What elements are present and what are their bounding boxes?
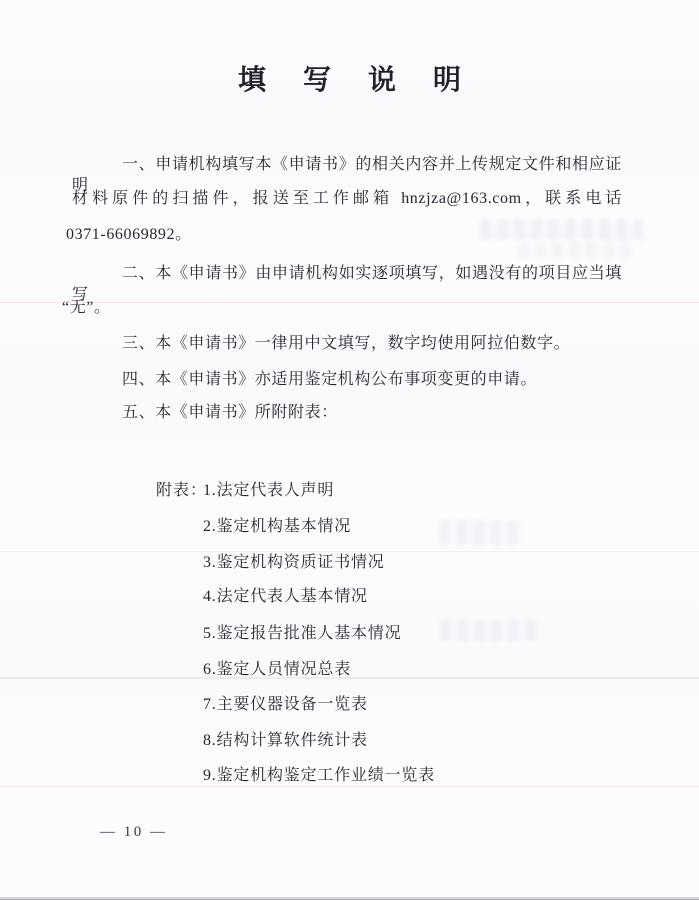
paragraph-4: 四、本《申请书》亦适用鉴定机构公布事项变更的申请。 [72, 369, 622, 390]
scan-artifact-line [0, 786, 699, 787]
appendix-item-8: 8.结构计算软件统计表 [203, 727, 368, 750]
bleedthrough-mark [518, 243, 630, 258]
paragraph-1-line-2: 材料原件的扫描件，报送至工作邮箱 hnzjza@163.com，联系电话 [72, 188, 622, 209]
appendix-item-5: 5.鉴定报告批准人基本情况 [203, 620, 401, 643]
bleedthrough-mark [440, 620, 538, 641]
page-title: 填 写 说 明 [0, 58, 699, 98]
appendix-item-1: 1.法定代表人声明 [203, 477, 334, 500]
appendix-item-6: 6.鉴定人员情况总表 [203, 656, 351, 679]
bleedthrough-mark [439, 520, 523, 545]
paragraph-1-line-3: 0371-66069892。 [66, 224, 616, 245]
appendix-item-7: 7.主要仪器设备一览表 [203, 691, 368, 714]
paragraph-3: 三、本《申请书》一律用中文填写，数字均使用阿拉伯数字。 [72, 333, 622, 354]
appendix-label: 附表： [156, 477, 207, 500]
page-number: — 10 — [100, 824, 168, 841]
paragraph-5: 五、本《申请书》所附附表： [72, 402, 622, 423]
appendix-item-4: 4.法定代表人基本情况 [203, 583, 368, 606]
paragraph-2-line-2: “无”。 [62, 297, 612, 318]
scanned-document-page: 填 写 说 明 一、申请机构填写本《申请书》的相关内容并上传规定文件和相应证明 … [0, 0, 699, 900]
appendix-item-3: 3.鉴定机构资质证书情况 [203, 549, 385, 572]
appendix-item-2: 2.鉴定机构基本情况 [203, 513, 351, 536]
appendix-item-9: 9.鉴定机构鉴定工作业绩一览表 [203, 762, 435, 785]
